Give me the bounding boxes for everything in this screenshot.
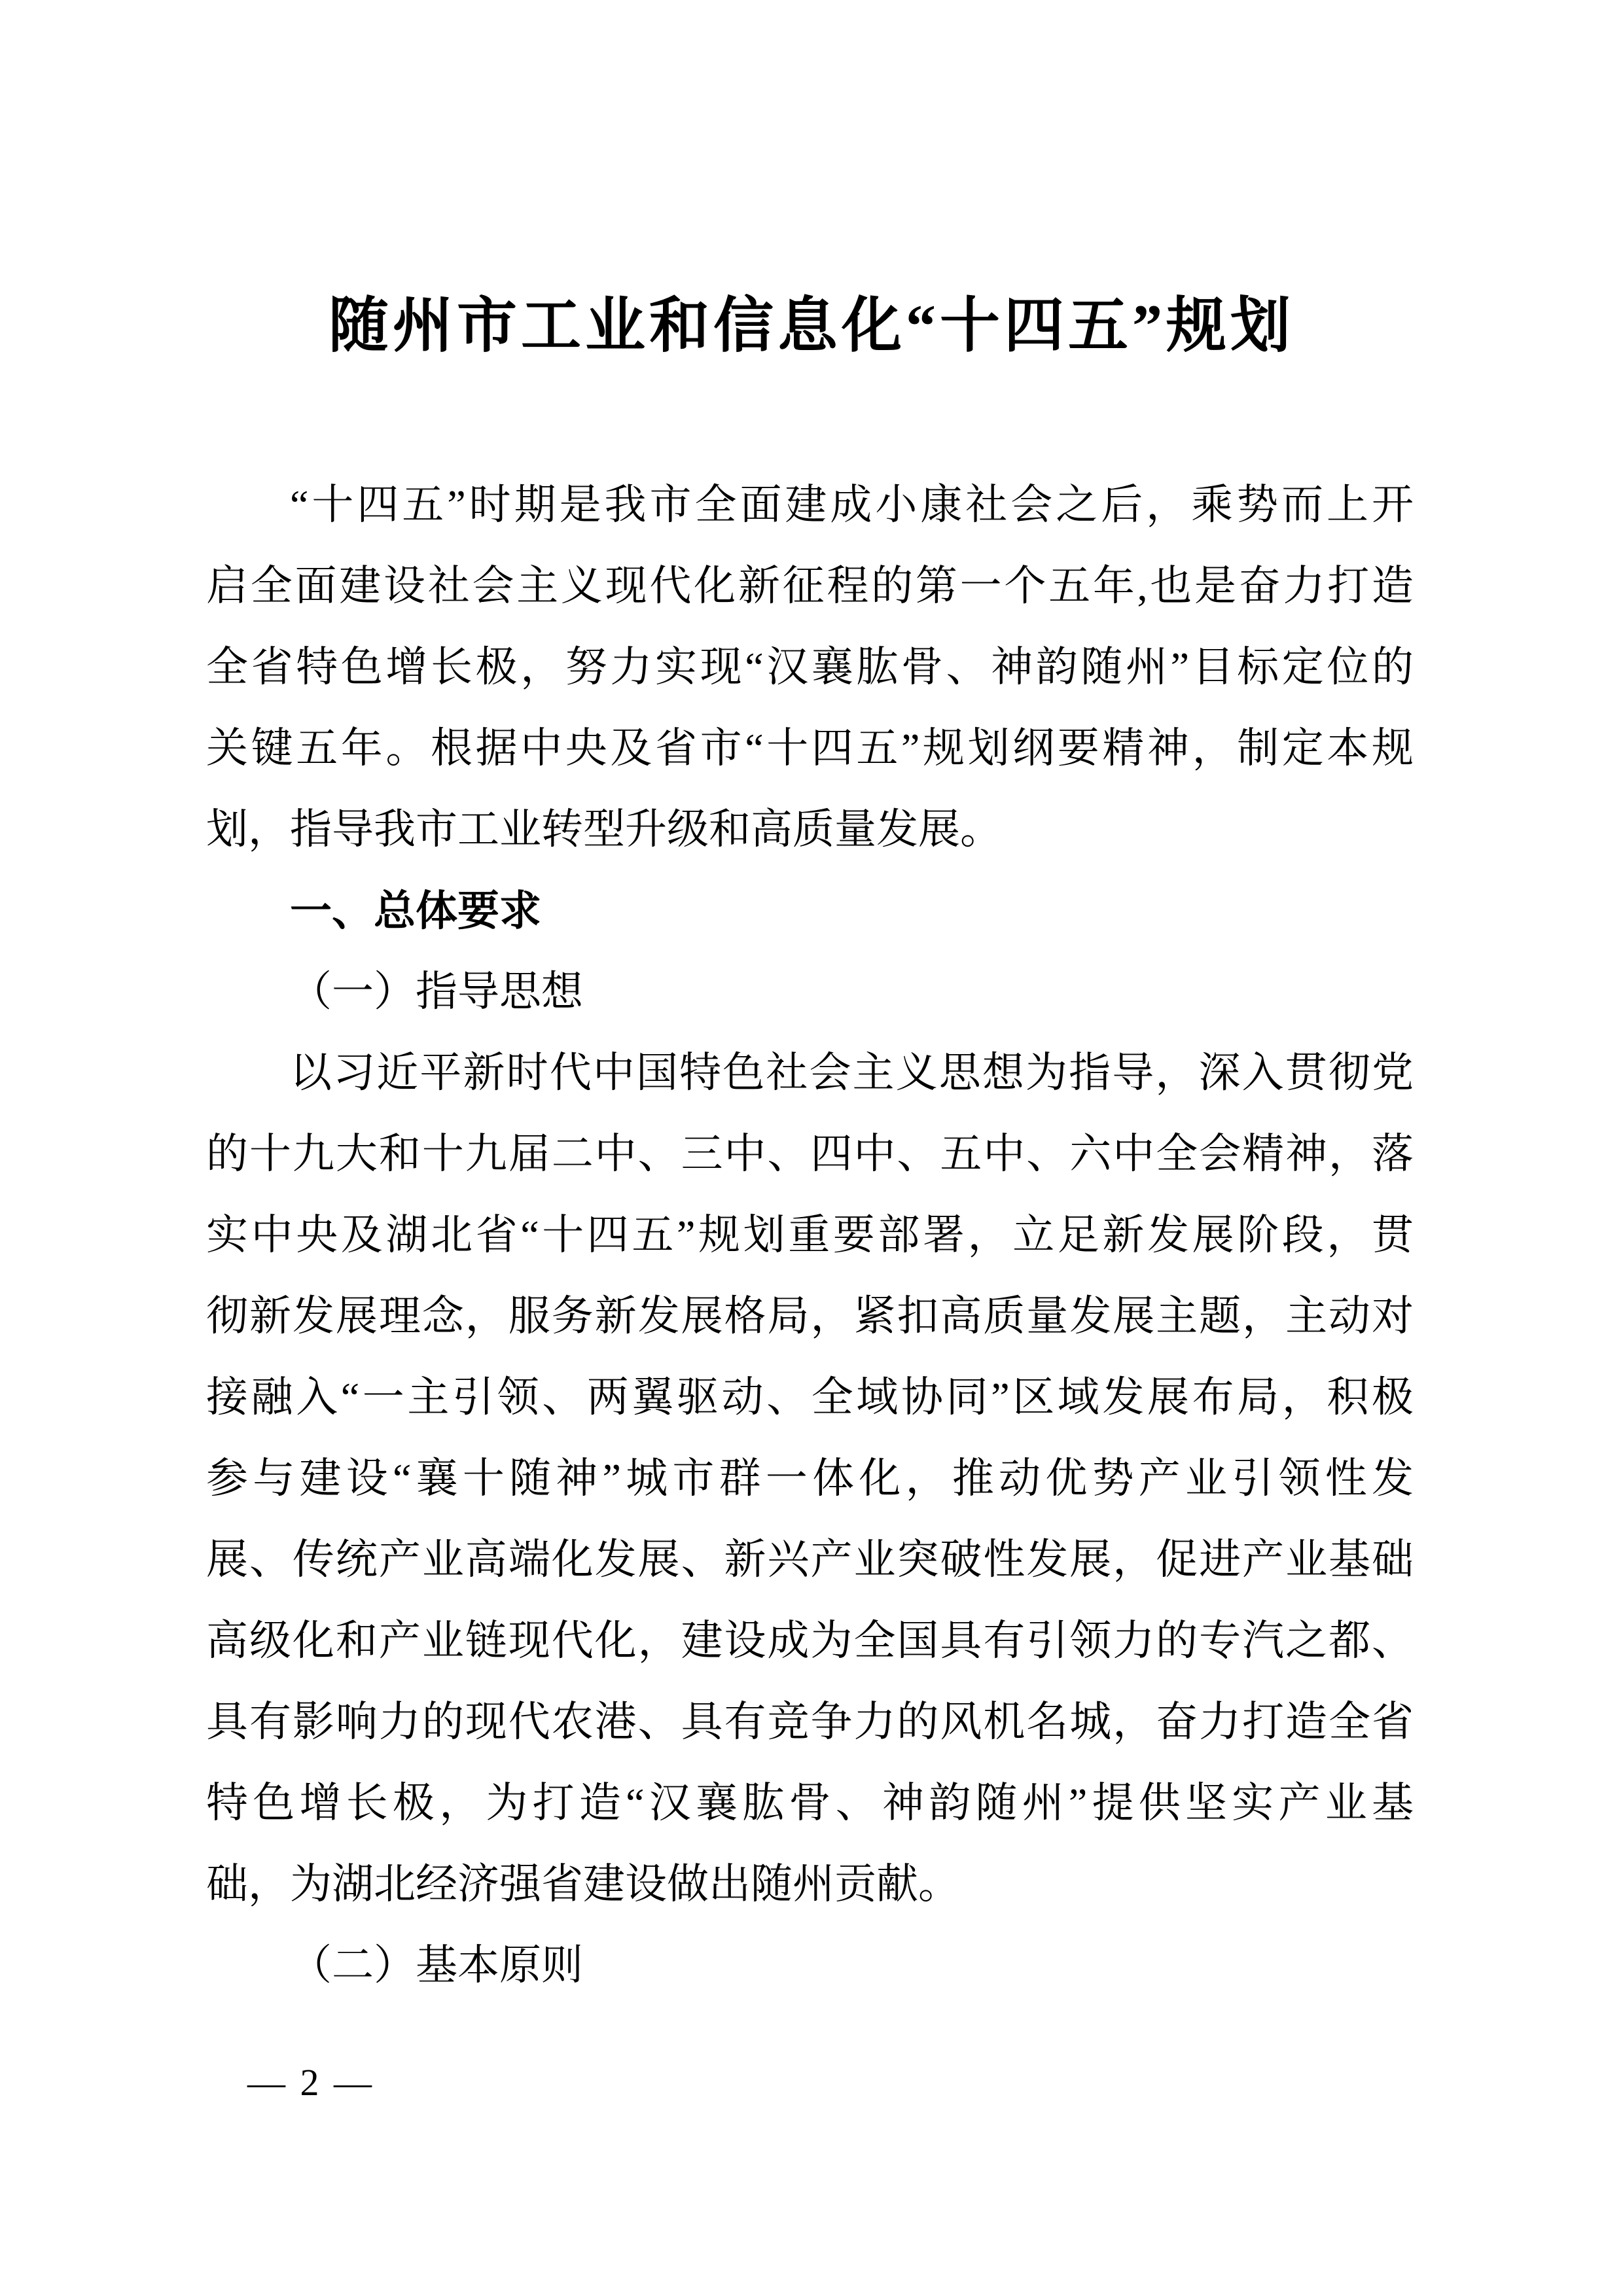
paragraph-2-line: 实中央及湖北省“十四五”规划重要部署，立足新发展阶段，贯 [206,1195,1414,1276]
paragraph-2-line: 参与建设“襄十随神”城市群一体化，推动优势产业引领性发 [206,1438,1414,1519]
document-title: 随州市工业和信息化“十四五”规划 [0,287,1623,365]
paragraph-1-line: 划，指导我市工业转型升级和高质量发展。 [206,789,1414,870]
paragraph-2-line: 展、传统产业高端化发展、新兴产业突破性发展，促进产业基础 [206,1519,1414,1600]
document-body: “十四五”时期是我市全面建成小康社会之后，乘势而上开 启全面建设社会主义现代化新… [206,465,1414,2006]
paragraph-1-line: 启全面建设社会主义现代化新征程的第一个五年,也是奋力打造 [206,546,1414,627]
subsection-heading-guiding-ideology: （一）指导思想 [206,951,1414,1033]
paragraph-2-line: 特色增长极，为打造“汉襄肱骨、神韵随州”提供坚实产业基 [206,1763,1414,1844]
paragraph-1-line: 关键五年。根据中央及省市“十四五”规划纲要精神，制定本规 [206,708,1414,789]
paragraph-2-line: 接融入“一主引领、两翼驱动、全域协同”区域发展布局，积极 [206,1357,1414,1438]
paragraph-2-line: 础，为湖北经济强省建设做出随州贡献。 [206,1844,1414,1925]
paragraph-2-line: 高级化和产业链现代化，建设成为全国具有引领力的专汽之都、 [206,1600,1414,1682]
paragraph-2-line: 以习近平新时代中国特色社会主义思想为指导，深入贯彻党 [206,1033,1414,1114]
paragraph-2-line: 的十九大和十九届二中、三中、四中、五中、六中全会精神，落 [206,1114,1414,1195]
paragraph-2-line: 彻新发展理念，服务新发展格局，紧扣高质量发展主题，主动对 [206,1276,1414,1357]
subsection-heading-basic-principles: （二）基本原则 [206,1925,1414,2006]
paragraph-1-line: 全省特色增长极，努力实现“汉襄肱骨、神韵随州”目标定位的 [206,627,1414,708]
paragraph-1-line: “十四五”时期是我市全面建成小康社会之后，乘势而上开 [206,465,1414,546]
page-number: — 2 — [247,2060,374,2106]
paragraph-2-line: 具有影响力的现代农港、具有竞争力的风机名城，奋力打造全省 [206,1682,1414,1763]
document-page: 随州市工业和信息化“十四五”规划 “十四五”时期是我市全面建成小康社会之后，乘势… [0,0,1623,2296]
section-heading-overall-requirements: 一、总体要求 [206,870,1414,951]
